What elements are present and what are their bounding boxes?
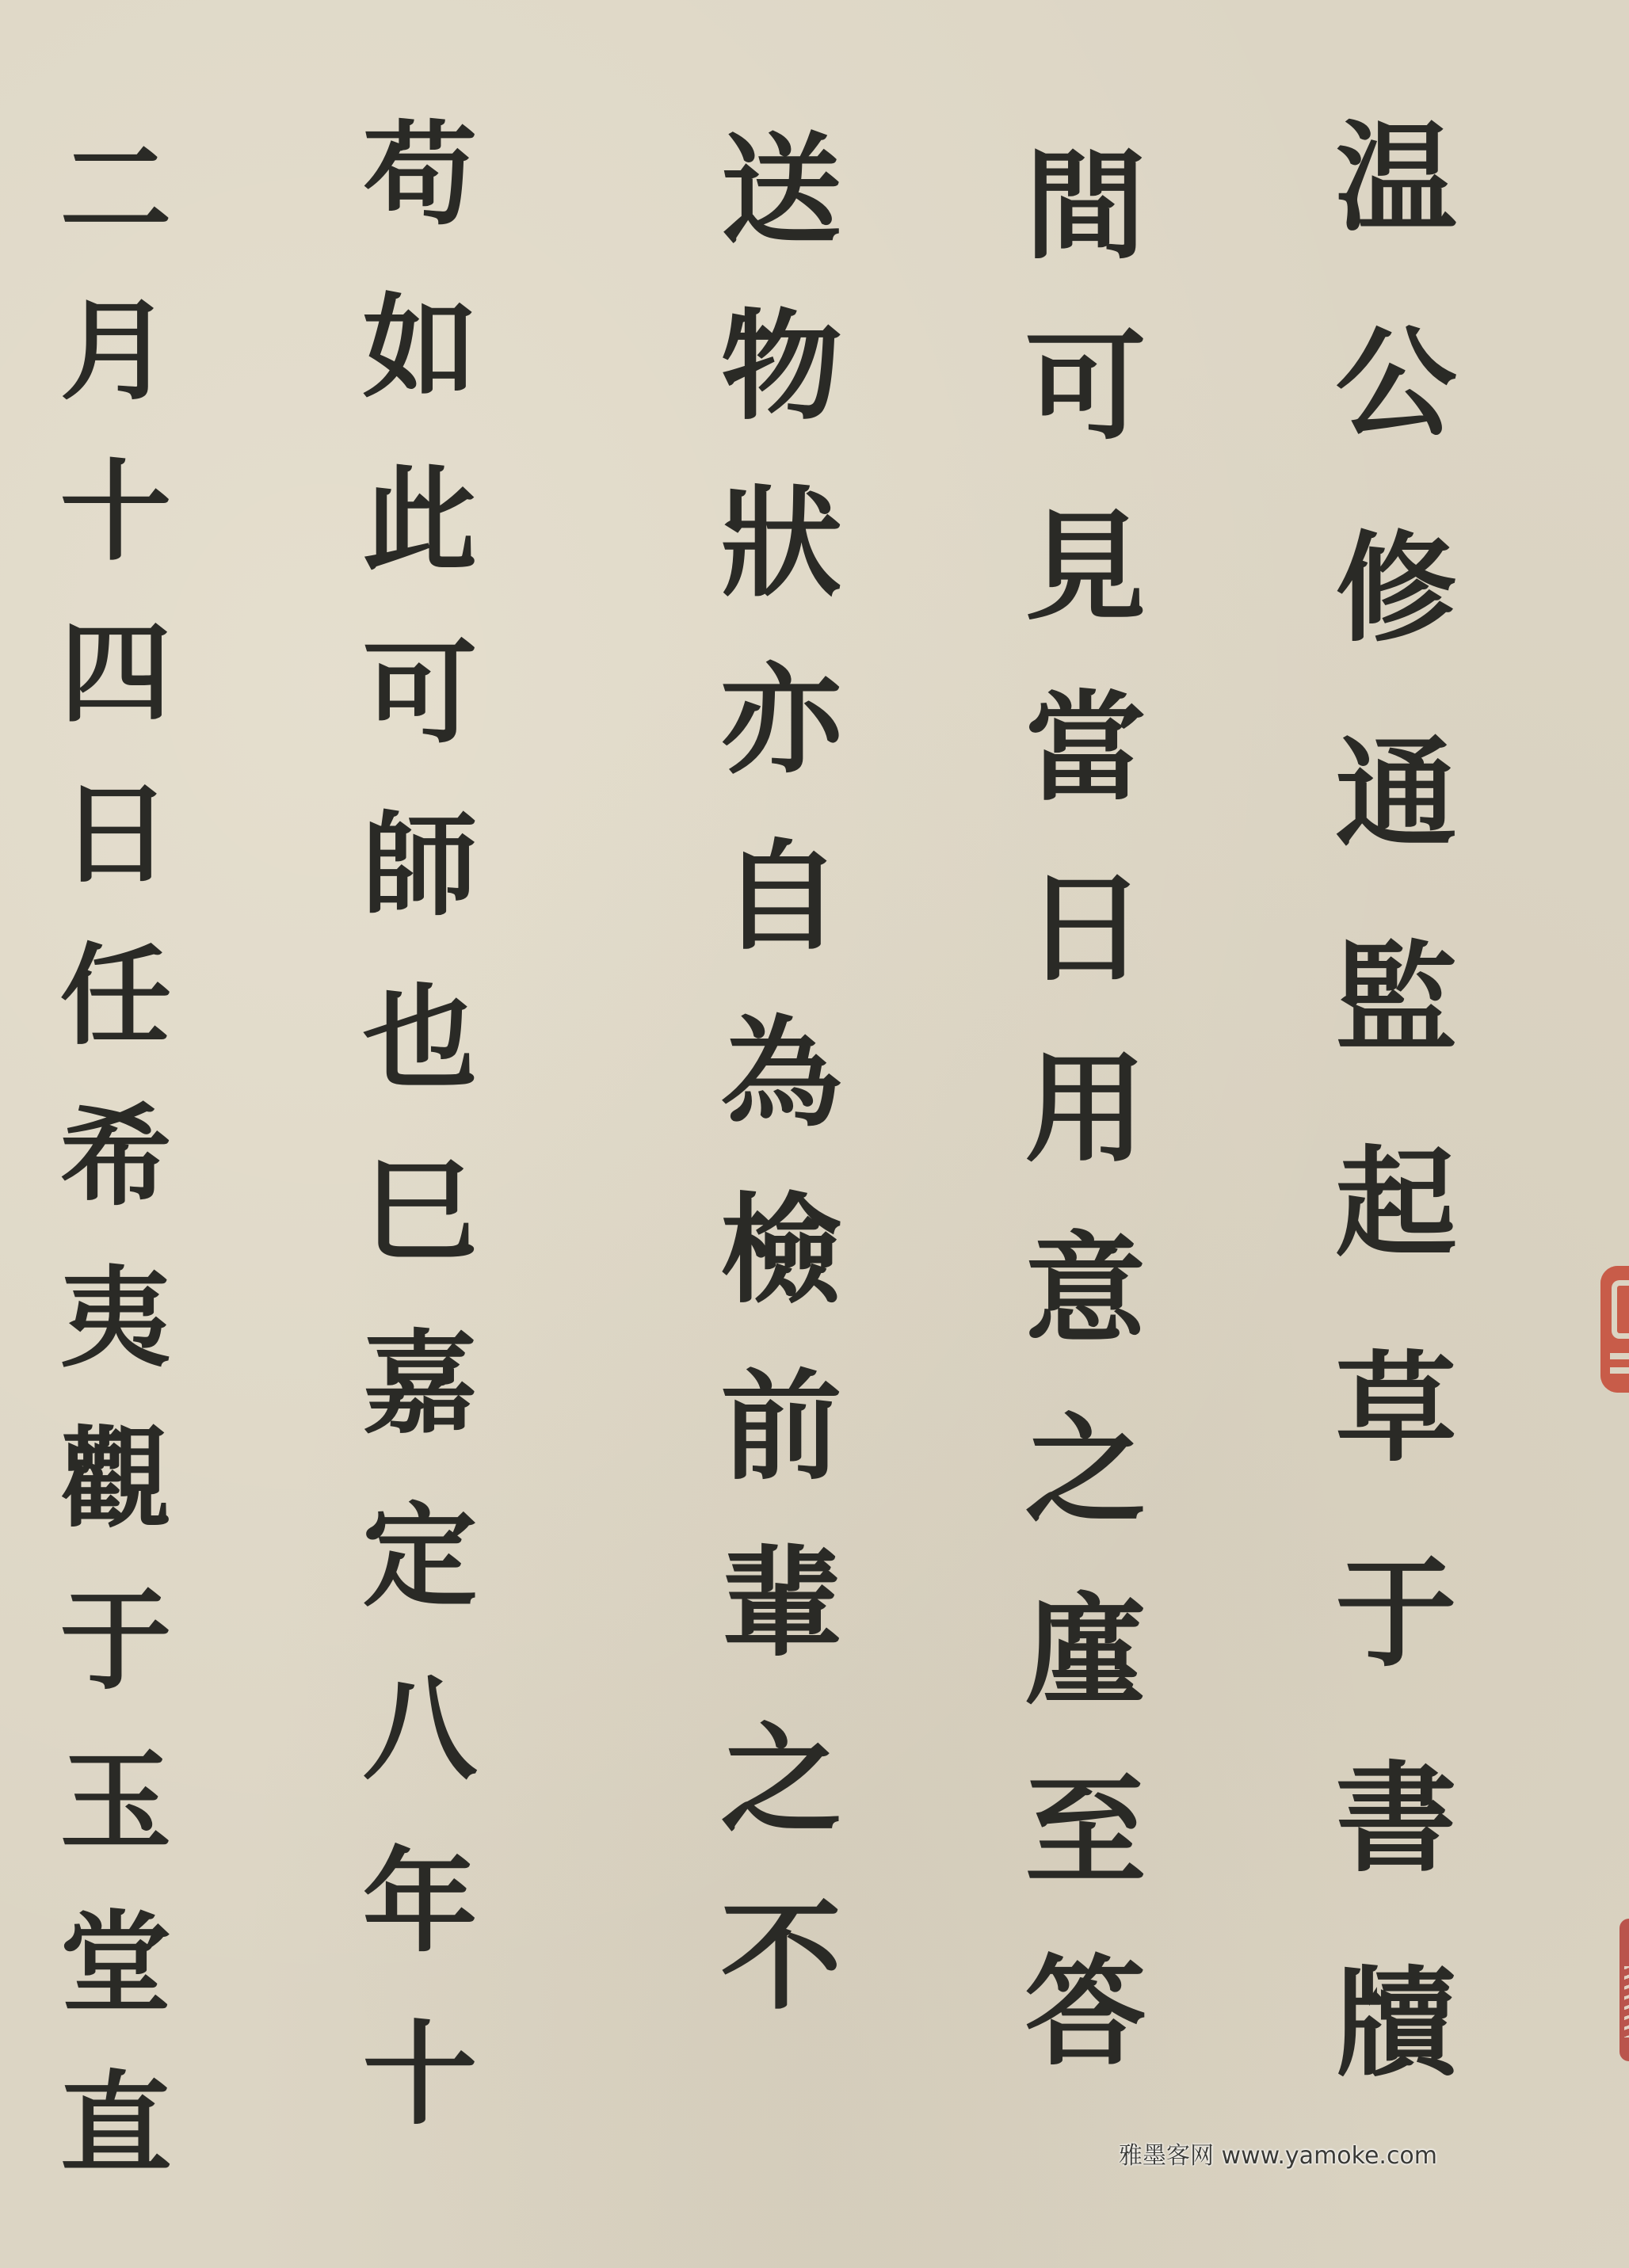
character: 為 [720, 1014, 841, 1133]
calligraphy-column-5: 二 月 十 四 日 任 希 夷 觀 于 玉 堂 直 [29, 135, 203, 2178]
character: 草 [1335, 1349, 1456, 1468]
calligraphy-column-2: 間 可 見 當 日 用 意 之 廑 至 答 [998, 147, 1173, 2072]
character: 也 [363, 982, 478, 1095]
character: 于 [1335, 1554, 1456, 1673]
character: 玉 [60, 1747, 172, 1856]
character: 日 [1024, 869, 1146, 988]
character: 夷 [60, 1264, 172, 1373]
character: 間 [1024, 147, 1146, 265]
character: 苟 [363, 119, 478, 231]
character: 亦 [720, 661, 841, 780]
character: 輩 [720, 1544, 841, 1663]
character: 直 [60, 2069, 172, 2178]
character: 可 [363, 637, 478, 749]
character: 公 [1335, 324, 1456, 443]
character: 之 [1024, 1411, 1146, 1530]
character: 希 [60, 1102, 172, 1211]
character: 送 [720, 131, 841, 250]
calligraphy-column-4: 苟 如 此 可 師 也 巳 嘉 定 八 年 十 [333, 119, 507, 2131]
character: 之 [720, 1721, 841, 1839]
character: 書 [1335, 1759, 1456, 1878]
red-seal-stamp-upper [1600, 1266, 1629, 1393]
character: 物 [720, 307, 841, 426]
character: 至 [1024, 1772, 1146, 1891]
character: 通 [1335, 734, 1456, 853]
character: 嘉 [363, 1328, 478, 1440]
character: 牘 [1335, 1965, 1456, 2083]
character: 答 [1024, 1953, 1146, 2072]
character: 檢 [720, 1191, 841, 1309]
character: 修 [1335, 529, 1456, 648]
character: 如 [363, 292, 478, 404]
red-seal-stamp-lower [1619, 1919, 1629, 2061]
character: 用 [1024, 1050, 1146, 1168]
character: 十 [60, 457, 172, 566]
character: 此 [363, 464, 478, 577]
character: 意 [1024, 1230, 1146, 1349]
calligraphy-column-3: 送 物 狀 亦 自 為 檢 前 輩 之 不 [694, 131, 868, 2016]
character: 可 [1024, 327, 1146, 446]
character: 温 [1335, 119, 1456, 238]
character: 年 [363, 1846, 478, 1958]
character: 師 [363, 810, 478, 922]
watermark: 雅墨客网 www.yamoke.com [1119, 2136, 1437, 2171]
character: 當 [1024, 688, 1146, 807]
character: 月 [60, 296, 172, 406]
character: 定 [363, 1500, 478, 1613]
character: 狀 [720, 484, 841, 603]
character: 于 [60, 1586, 172, 1695]
character: 二 [60, 135, 172, 244]
character: 堂 [60, 1908, 172, 2018]
character: 觀 [60, 1424, 172, 1534]
character: 十 [363, 2018, 478, 2131]
character: 前 [720, 1367, 841, 1486]
character: 四 [60, 619, 172, 728]
character: 任 [60, 941, 172, 1050]
calligraphy-column-1: 温 公 修 通 監 起 草 于 書 牘 [1309, 119, 1483, 2083]
character: 不 [720, 1897, 841, 2016]
character: 見 [1024, 508, 1146, 627]
character: 自 [720, 837, 841, 956]
character: 日 [60, 780, 172, 889]
character: 八 [363, 1673, 478, 1786]
character: 監 [1335, 940, 1456, 1058]
character: 起 [1335, 1144, 1456, 1263]
character: 巳 [363, 1155, 478, 1267]
character: 廑 [1024, 1591, 1146, 1710]
